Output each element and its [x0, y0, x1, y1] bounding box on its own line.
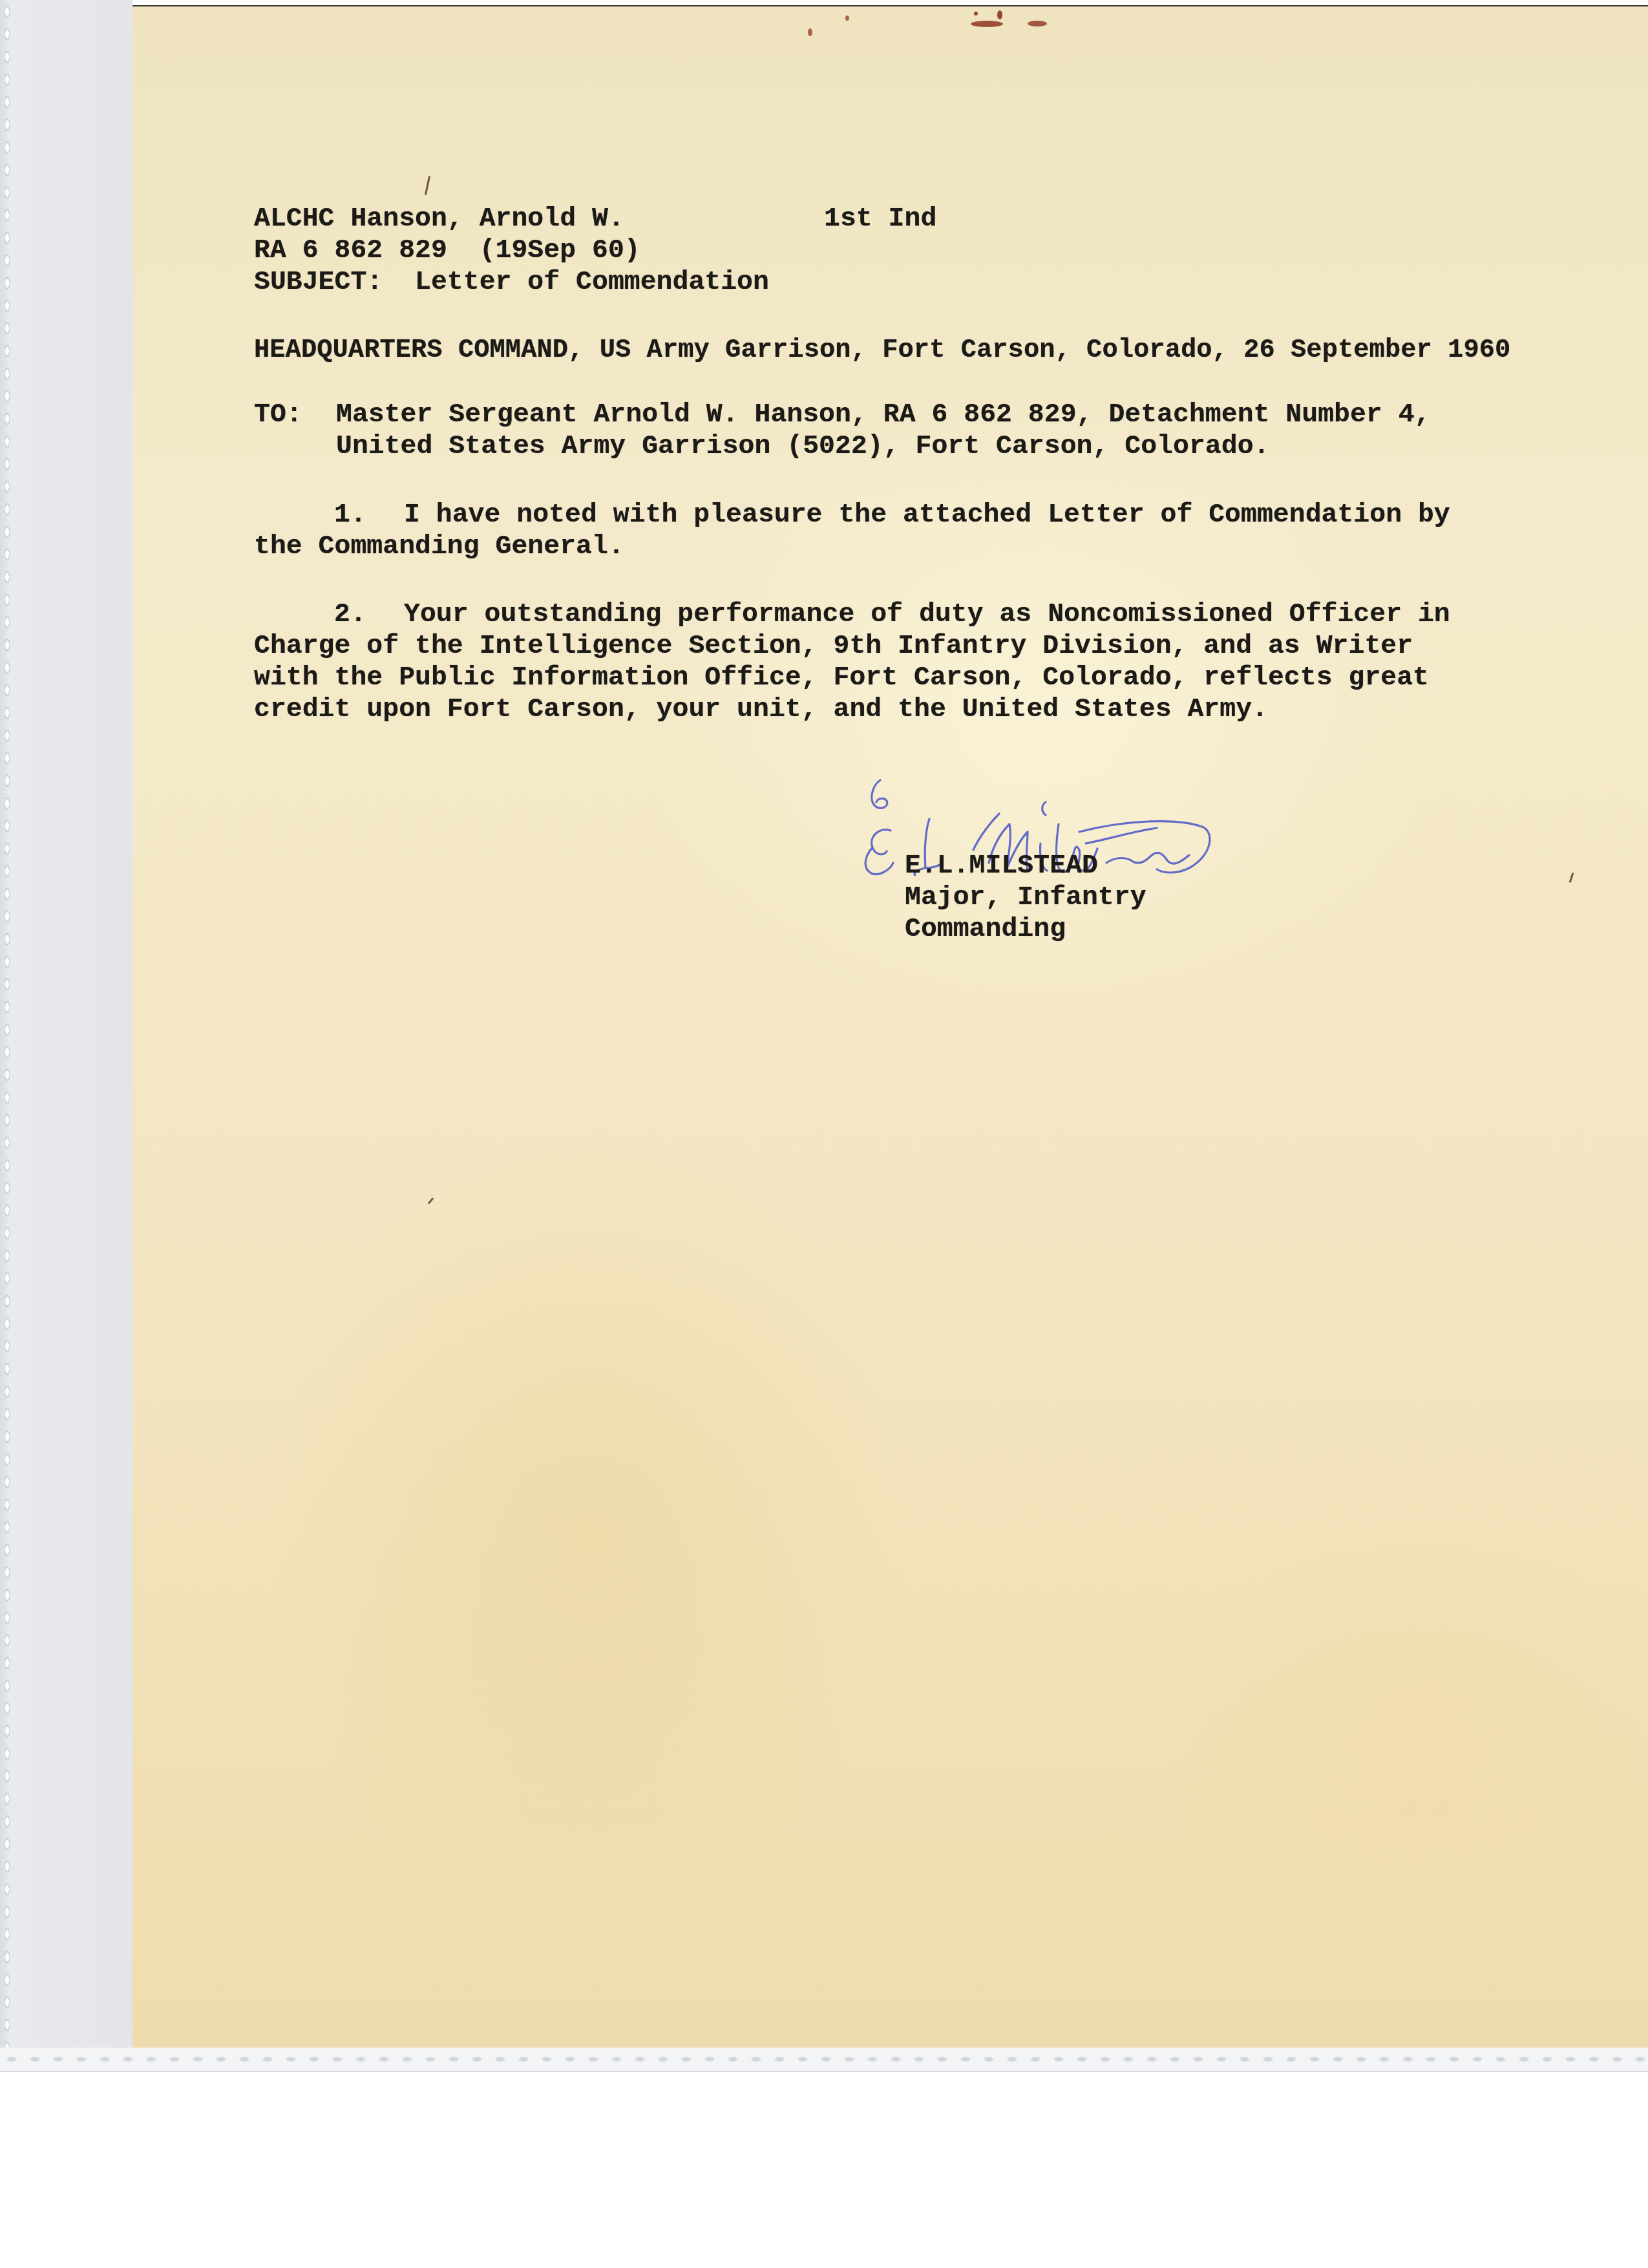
paragraph-2-number: 2. — [334, 599, 366, 630]
binding-holes — [1, 0, 13, 2068]
sheet-protector-left — [0, 0, 132, 2068]
pencil-mark — [425, 176, 430, 195]
to-label: TO: — [254, 399, 302, 430]
signer-rank: Major, Infantry — [905, 882, 1146, 913]
paragraph-2-line: credit upon Fort Carson, your unit, and … — [254, 694, 1268, 725]
pencil-mark — [427, 1197, 434, 1204]
rust-stain — [971, 21, 1003, 27]
paragraph-1-line: the Commanding General. — [254, 531, 624, 562]
subject-line: SUBJECT: Letter of Commendation — [254, 266, 769, 298]
rust-stain — [974, 12, 978, 16]
paragraph-1-line: I have noted with pleasure the attached … — [404, 499, 1450, 531]
to-line-1: Master Sergeant Arnold W. Hanson, RA 6 8… — [336, 399, 1430, 430]
paragraph-2-line: Charge of the Intelligence Section, 9th … — [254, 630, 1413, 662]
typed-signer-name: E.L.MILSTEAD — [905, 850, 1098, 882]
paragraph-2-line: with the Public Information Office, Fort… — [254, 662, 1429, 694]
from-line: HEADQUARTERS COMMAND, US Army Garrison, … — [254, 335, 1510, 366]
service-number-date: RA 6 862 829 (19Sep 60) — [254, 235, 640, 266]
paragraph-1-number: 1. — [334, 499, 366, 531]
rust-stain — [1028, 21, 1047, 26]
rust-stain — [997, 10, 1002, 19]
binding-holes-bottom — [0, 2050, 1648, 2068]
paragraph-2-line: Your outstanding performance of duty as … — [404, 599, 1450, 630]
pencil-mark — [1569, 873, 1574, 883]
rust-stain — [808, 28, 812, 36]
signer-title: Commanding — [905, 913, 1066, 945]
rust-stain — [845, 16, 849, 21]
to-line-2: United States Army Garrison (5022), Fort… — [336, 430, 1269, 462]
indorsement-label: 1st Ind — [824, 203, 936, 235]
letter-page — [132, 5, 1648, 2049]
header-name: ALCHC Hanson, Arnold W. — [254, 203, 624, 235]
